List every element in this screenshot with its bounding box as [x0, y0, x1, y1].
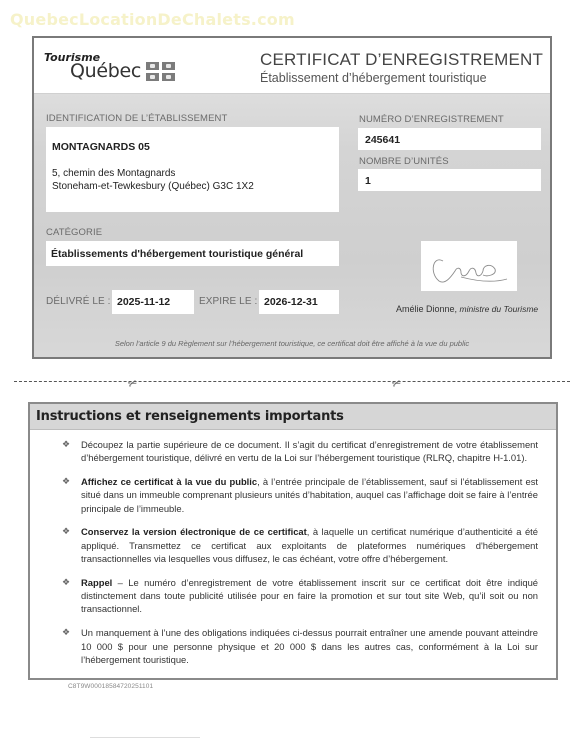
signature	[421, 241, 517, 291]
instruction-emphasis: Affichez ce certificat à la vue du publi…	[81, 476, 257, 487]
instruction-item: ❖ Conservez la version électronique de c…	[58, 525, 538, 565]
units-value: 1	[358, 169, 541, 191]
diamond-bullet-icon: ❖	[62, 626, 70, 639]
diamond-bullet-icon: ❖	[62, 525, 70, 538]
instructions-box: Instructions et renseignements important…	[28, 402, 558, 680]
instructions-heading: Instructions et renseignements important…	[30, 404, 556, 430]
scissors-icon: ✂	[126, 376, 139, 391]
signature-icon	[421, 241, 517, 291]
diamond-bullet-icon: ❖	[62, 576, 70, 589]
diamond-bullet-icon: ❖	[62, 475, 70, 488]
scissors-icon: ✂	[390, 376, 403, 391]
instruction-item: ❖ Un manquement à l’une des obligations …	[58, 626, 538, 666]
logo-quebec-text: Québec	[70, 60, 141, 82]
certificate-title: CERTIFICAT D’ENREGISTREMENT	[260, 50, 543, 70]
display-requirement-note: Selon l’article 9 du Règlement sur l’héb…	[34, 339, 550, 348]
fleurdelise-flag-icon	[146, 62, 176, 82]
identification-label: IDENTIFICATION DE L’ÉTABLISSEMENT	[46, 113, 227, 124]
address-line-2: Stoneham-et-Tewkesbury (Québec) G3C 1X2	[52, 180, 331, 193]
diamond-bullet-icon: ❖	[62, 438, 70, 451]
instruction-item: ❖ Rappel – Le numéro d’enregistrement de…	[58, 576, 538, 616]
registration-number-label: NUMÉRO D’ENREGISTREMENT	[359, 114, 504, 125]
signatory-role: ministre du Tourisme	[460, 304, 539, 314]
signatory-name: Amélie Dionne,	[396, 304, 457, 314]
scan-artifact	[90, 737, 200, 738]
identification-box: MONTAGNARDS 05 5, chemin des Montagnards…	[46, 127, 339, 212]
signatory: Amélie Dionne, ministre du Tourisme	[396, 304, 538, 314]
instruction-emphasis: Rappel	[81, 577, 112, 588]
units-label: NOMBRE D’UNITÉS	[359, 156, 449, 167]
issued-label: DÉLIVRÉ LE :	[46, 296, 111, 307]
certificate-subtitle: Établissement d’hébergement touristique	[260, 71, 487, 85]
instruction-text: Découpez la partie supérieure de ce docu…	[81, 439, 538, 463]
establishment-address: 5, chemin des Montagnards Stoneham-et-Te…	[52, 167, 331, 193]
instruction-item: ❖ Découpez la partie supérieure de ce do…	[58, 438, 538, 465]
instruction-text: Un manquement à l’une des obligations in…	[81, 627, 538, 665]
expiry-date-value: 2026-12-31	[259, 290, 339, 314]
watermark: QuebecLocationDeChalets.com	[10, 10, 295, 29]
expires-label: EXPIRE LE :	[199, 296, 257, 307]
address-line-1: 5, chemin des Montagnards	[52, 167, 331, 180]
registration-certificate: Tourisme Québec CERTIFICAT D’ENREGISTREM…	[32, 36, 552, 359]
instruction-emphasis: Conservez la version électronique de ce …	[81, 526, 307, 537]
instructions-list: ❖ Découpez la partie supérieure de ce do…	[30, 430, 556, 666]
document-reference: C8T9W00018584720251101	[68, 683, 153, 690]
registration-number-value: 245641	[358, 128, 541, 150]
cut-line	[14, 381, 570, 382]
category-label: CATÉGORIE	[46, 227, 102, 238]
category-value: Établissements d'hébergement touristique…	[46, 241, 339, 266]
issued-date-value: 2025-11-12	[112, 290, 194, 314]
instruction-item: ❖ Affichez ce certificat à la vue du pub…	[58, 475, 538, 515]
certificate-header: Tourisme Québec CERTIFICAT D’ENREGISTREM…	[34, 38, 550, 94]
instruction-text: – Le numéro d’enregistrement de votre ét…	[81, 577, 538, 615]
establishment-name: MONTAGNARDS 05	[52, 141, 331, 153]
